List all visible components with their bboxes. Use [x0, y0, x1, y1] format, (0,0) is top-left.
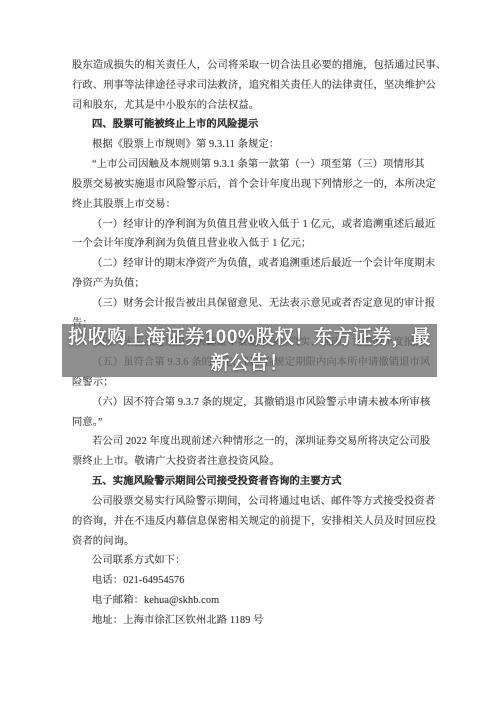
document-line: 若公司 2022 年度出现前述六种情形之一的，深圳证券交易所将决定公司股: [72, 432, 428, 452]
section-heading: 四、股票可能被终止上市的风险提示: [72, 115, 428, 135]
document-line: 电话：021-64954576: [72, 571, 428, 591]
document-line: 的咨询，并在不违反内幕信息保密相关规定的前提下，安排相关人员及时回应投: [72, 512, 428, 532]
document-line: 终止其股票上市交易：: [72, 195, 428, 215]
document-line: “上市公司因触及本规则第 9.3.1 条第一款第（一）项至第（三）项情形其: [72, 155, 428, 175]
document-line: 一个会计年度净利润为负值且营业收入低于 1 亿元；: [72, 234, 428, 254]
document-line: 股东造成损失的相关责任人，公司将采取一切合法且必要的措施，包括通过民事、: [72, 56, 428, 76]
overlay-banner-text: 拟收购上海证券100%股权！东方证券，最新公告！: [62, 325, 437, 376]
document-line: （二）经审计的期末净资产为负值，或者追溯重述后最近一个会计年度期末: [72, 254, 428, 274]
document-line: 股票交易被实施退市风险警示后，首个会计年度出现下列情形之一的，本所决定: [72, 175, 428, 195]
document-line: （六）因不符合第 9.3.7 条的规定，其撤销退市风险警示申请未被本所审核: [72, 393, 428, 413]
document-line: 司和股东，尤其是中小股东的合法权益。: [72, 96, 428, 116]
overlay-banner: 拟收购上海证券100%股权！东方证券，最新公告！: [62, 324, 437, 377]
document-line: 净资产为负值；: [72, 274, 428, 294]
document-page: 股东造成损失的相关责任人，公司将采取一切合法且必要的措施，包括通过民事、行政、刑…: [0, 0, 500, 706]
document-line: 票终止上市。敬请广大投资者注意投资风险。: [72, 452, 428, 472]
document-line: 根据《股票上市规则》第 9.3.11 条规定：: [72, 135, 428, 155]
document-line: 行政、刑事等法律途径寻求司法救济，追究相关责任人的法律责任，坚决维护公: [72, 76, 428, 96]
document-line: 地址：上海市徐汇区钦州北路 1189 号: [72, 611, 428, 631]
document-line: 资者的问询。: [72, 532, 428, 552]
document-line: 公司联系方式如下：: [72, 551, 428, 571]
section-heading: 五、实施风险警示期间公司接受投资者咨询的主要方式: [72, 472, 428, 492]
document-line: （三）财务会计报告被出具保留意见、无法表示意见或者否定意见的审计报: [72, 294, 428, 314]
document-line: 公司股票交易实行风险警示期间，公司将通过电话、邮件等方式接受投资者: [72, 492, 428, 512]
document-line: 同意。”: [72, 413, 428, 433]
document-line: 电子邮箱：kehua@skhb.com: [72, 591, 428, 611]
document-line: （一）经审计的净利润为负值且营业收入低于 1 亿元，或者追溯重述后最近: [72, 215, 428, 235]
